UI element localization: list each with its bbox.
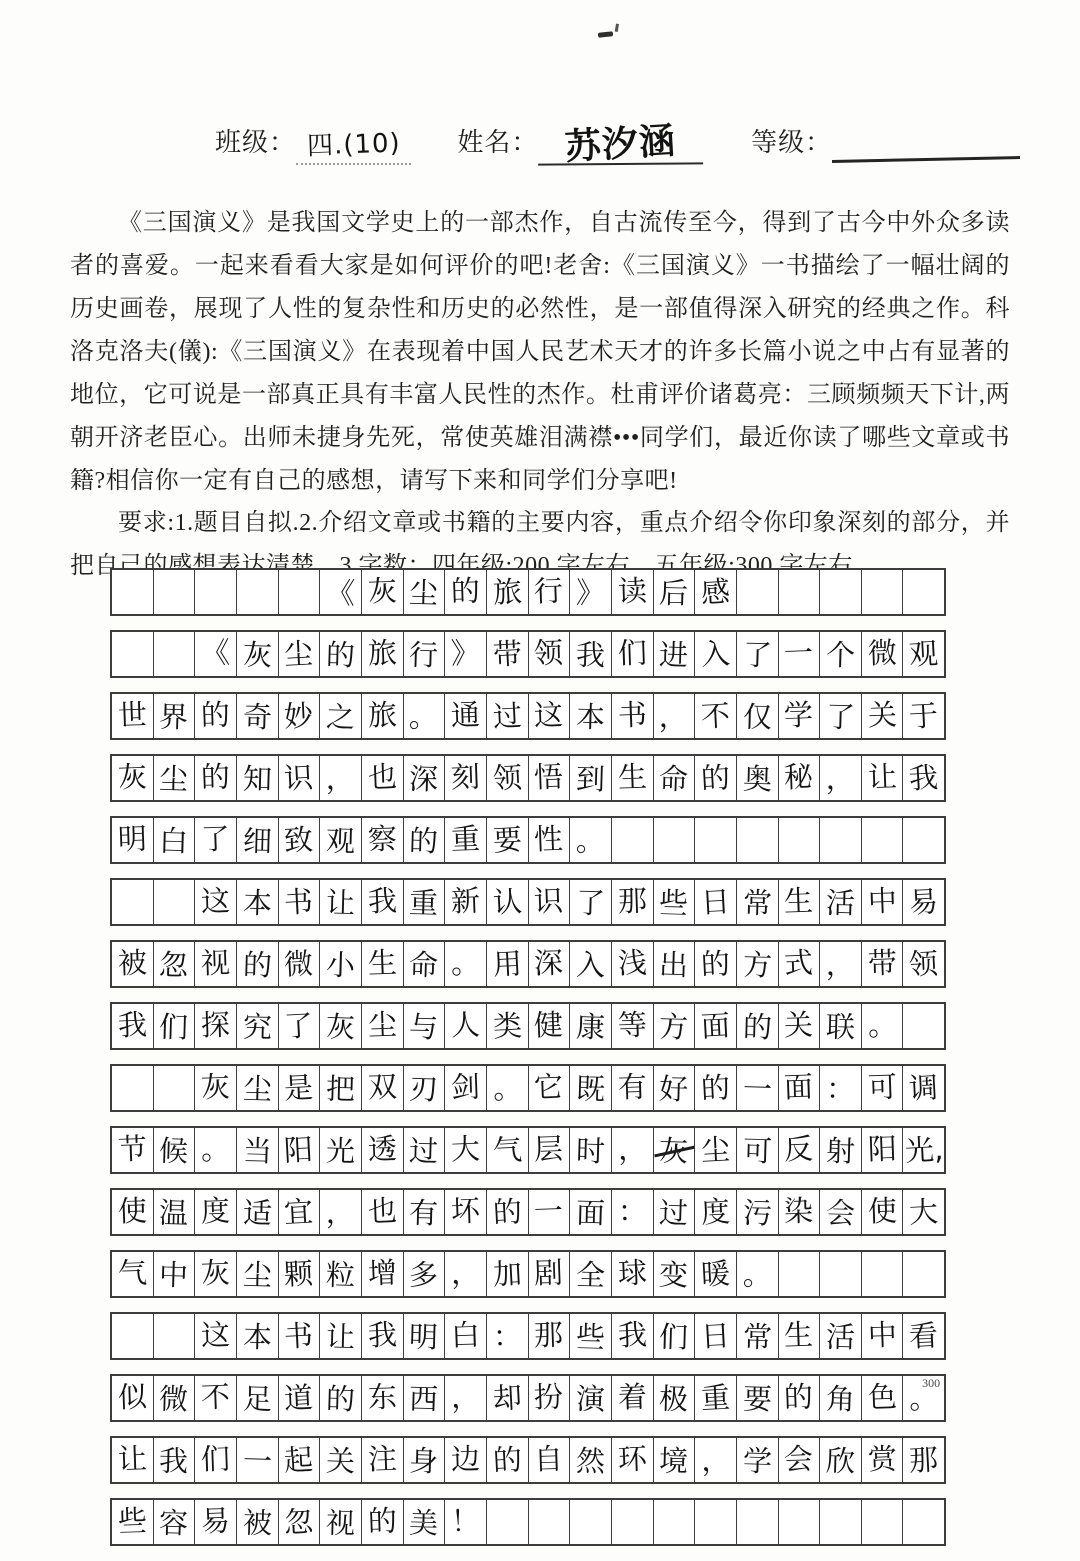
- handwritten-char: 妙: [284, 701, 314, 731]
- grid-cell: [902, 570, 944, 614]
- grid-cell: 面: [694, 1004, 736, 1048]
- grid-cell: 式: [778, 942, 820, 986]
- grid-cell: 剧: [528, 1252, 570, 1296]
- handwritten-char: 探: [201, 1010, 231, 1040]
- handwritten-char: 细: [242, 826, 272, 856]
- grid-cell: ，: [444, 1252, 486, 1296]
- grid-cell: 尘: [236, 1252, 278, 1296]
- handwritten-char: 了: [742, 640, 772, 670]
- handwritten-char: 使: [867, 1196, 897, 1226]
- handwritten-char: 白: [159, 826, 189, 856]
- grid-cell: 被: [112, 942, 153, 986]
- handwritten-char: 中: [867, 886, 897, 916]
- grid-cell: 当: [236, 1128, 278, 1172]
- grid-cell: 我: [361, 1314, 403, 1358]
- grid-cell: 探: [194, 1004, 236, 1048]
- grid-cell: 生: [361, 942, 403, 986]
- handwritten-char: 等: [617, 1010, 647, 1040]
- grid-cell: [153, 1314, 195, 1358]
- handwritten-char: 让: [867, 762, 897, 792]
- grid-cell: [569, 1500, 611, 1544]
- grid-cell: 面: [778, 1066, 820, 1110]
- handwritten-char: 全: [576, 1260, 606, 1290]
- grid-cell: 入: [694, 632, 736, 676]
- handwritten-char: 小: [326, 950, 356, 980]
- handwritten-char: 不: [201, 1382, 231, 1412]
- grid-cell: 环: [611, 1438, 653, 1482]
- handwritten-char: 仅: [742, 702, 772, 732]
- handwritten-char: 颗: [284, 1259, 314, 1289]
- essay-grid-row: 灰尘是把双刃剑。它既有好的一面：可调: [110, 1064, 946, 1112]
- grid-cell: 西: [403, 1376, 445, 1420]
- grid-cell: 认: [486, 880, 528, 924]
- grid-cell: [153, 570, 195, 614]
- grid-cell: 全: [569, 1252, 611, 1296]
- grid-cell: 秘: [778, 756, 820, 800]
- grid-cell: 欣: [819, 1438, 861, 1482]
- grid-cell: 浅: [611, 942, 653, 986]
- grid-cell: 让: [112, 1438, 153, 1482]
- handwritten-char: 的: [326, 1384, 356, 1414]
- handwritten-char: 带: [867, 948, 897, 978]
- handwritten-char: ：: [826, 1074, 856, 1104]
- grid-cell: 领: [902, 942, 944, 986]
- grid-cell: 知: [236, 756, 278, 800]
- grid-cell: 自: [528, 1438, 570, 1482]
- handwritten-char: 阳: [867, 1134, 897, 1164]
- handwritten-char: 健: [534, 1010, 564, 1040]
- grid-cell: 了: [194, 818, 236, 862]
- handwritten-char: 尘: [242, 1260, 272, 1290]
- grid-cell: 灰: [653, 1128, 695, 1172]
- handwritten-char: 明: [117, 824, 147, 854]
- handwritten-char: 刻: [451, 762, 481, 792]
- handwritten-char: 领: [909, 949, 939, 979]
- grid-cell: [153, 1066, 195, 1110]
- handwritten-class-value: 四.(10): [306, 122, 401, 164]
- grid-cell: 忽: [278, 1500, 320, 1544]
- grid-cell: 联: [819, 1004, 861, 1048]
- grid-cell: 关: [778, 1004, 820, 1048]
- handwritten-char: 被: [242, 1508, 272, 1538]
- handwritten-char: 光,: [904, 1135, 944, 1166]
- grid-cell: 层: [528, 1128, 570, 1172]
- grid-cell: 》: [444, 632, 486, 676]
- grid-cell: 温: [153, 1190, 195, 1234]
- grid-cell: ，: [694, 1438, 736, 1482]
- grid-cell: 注: [361, 1438, 403, 1482]
- handwritten-char: 一: [784, 638, 814, 668]
- handwritten-char: 加: [492, 1259, 522, 1289]
- handwritten-char: 学: [784, 700, 814, 730]
- grid-cell: 的: [319, 632, 361, 676]
- handwritten-char: 粒: [326, 1260, 356, 1290]
- handwritten-char: 色: [867, 1382, 897, 1412]
- grid-cell: 究: [236, 1004, 278, 1048]
- handwritten-char: 些: [576, 1322, 606, 1352]
- grid-cell: 被: [236, 1500, 278, 1544]
- grid-cell: 度: [694, 1190, 736, 1234]
- handwritten-char: ，: [326, 1198, 356, 1228]
- handwritten-char: 生: [617, 762, 647, 792]
- handwritten-char: 》: [451, 638, 481, 668]
- grid-cell: [819, 1500, 861, 1544]
- handwritten-char: 性: [534, 824, 564, 854]
- handwritten-char: 好: [659, 1074, 689, 1104]
- grid-cell: 观: [319, 818, 361, 862]
- essay-grid-row: 被忽视的微小生命。用深入浅出的方式，带领: [110, 940, 946, 988]
- essay-grid-row: 《灰尘的旅行》带领我们进入了一个微观: [110, 630, 946, 678]
- handwritten-char: 的: [367, 1506, 397, 1536]
- handwritten-char: 剑: [451, 1072, 481, 1102]
- grid-cell: 等: [611, 1004, 653, 1048]
- essay-grid-row: 这本书让我明白：那些我们日常生活中看: [110, 1312, 946, 1360]
- handwritten-char: 观: [909, 639, 939, 669]
- grid-cell: [736, 570, 778, 614]
- handwritten-char: 们: [201, 1444, 231, 1474]
- grid-cell: 一: [778, 632, 820, 676]
- grid-cell: [902, 1252, 944, 1296]
- grid-cell: 活: [819, 880, 861, 924]
- handwritten-char: 关: [326, 1446, 356, 1476]
- handwritten-char: 环: [617, 1444, 647, 1474]
- handwritten-char: 深: [534, 948, 564, 978]
- grid-cell: 刻: [444, 756, 486, 800]
- grid-cell: 旅: [361, 694, 403, 738]
- grid-cell: 细: [236, 818, 278, 862]
- grid-cell: 书: [278, 880, 320, 924]
- handwritten-char: 重: [451, 824, 481, 854]
- grid-cell: [778, 1500, 820, 1544]
- grid-cell: 通: [444, 694, 486, 738]
- handwritten-char: 。: [492, 1073, 522, 1103]
- grid-cell: [528, 1500, 570, 1544]
- handwritten-char: 。: [576, 826, 606, 856]
- grid-cell: 大: [444, 1128, 486, 1172]
- handwritten-char: 微: [867, 638, 897, 668]
- handwritten-char: 识: [284, 763, 314, 793]
- grid-cell: 一: [736, 1066, 778, 1110]
- handwritten-char: ，: [826, 950, 856, 980]
- grid-cell: 坏: [444, 1190, 486, 1234]
- grid-cell: 一: [528, 1190, 570, 1234]
- grid-cell: 灰: [194, 1252, 236, 1296]
- grid-cell: 颗: [278, 1252, 320, 1296]
- handwritten-char: 究: [242, 1012, 272, 1042]
- handwritten-char: 这: [201, 886, 231, 916]
- grid-cell: 本: [236, 1314, 278, 1358]
- grid-cell: 方: [653, 1004, 695, 1048]
- grid-cell: 演: [569, 1376, 611, 1420]
- handwritten-char: 境: [659, 1446, 689, 1476]
- handwritten-char: 《: [201, 638, 231, 668]
- handwritten-char: 明: [409, 1322, 439, 1352]
- handwritten-char: 边: [451, 1444, 481, 1474]
- handwritten-char: 东: [367, 1382, 397, 1412]
- handwritten-char: 候: [159, 1136, 189, 1166]
- handwritten-char: 于: [909, 701, 939, 731]
- grid-cell: [861, 1500, 903, 1544]
- grid-cell: 阳: [278, 1128, 320, 1172]
- handwritten-char: 命: [659, 764, 689, 794]
- grid-cell: 我: [902, 756, 944, 800]
- handwritten-char: 刃: [409, 1074, 439, 1104]
- grid-cell: 白: [153, 818, 195, 862]
- handwritten-char: 到: [576, 764, 606, 794]
- handwritten-char: 些: [659, 888, 689, 918]
- grid-cell: 尘: [278, 632, 320, 676]
- handwritten-char: 的: [492, 1197, 522, 1227]
- grid-cell: 之: [319, 694, 361, 738]
- grid-cell: 旅: [486, 570, 528, 614]
- grid-cell: 类: [486, 1004, 528, 1048]
- grid-cell: 本: [236, 880, 278, 924]
- handwritten-char: 秘: [784, 762, 814, 792]
- handwritten-char: 们: [159, 1012, 189, 1042]
- handwritten-char: 尘: [409, 578, 439, 608]
- grid-cell: 射: [819, 1128, 861, 1172]
- grid-cell: [902, 1004, 944, 1048]
- handwritten-char: 了: [284, 1011, 314, 1041]
- grid-cell: 候: [153, 1128, 195, 1172]
- grid-cell: 的: [194, 694, 236, 738]
- grid-cell: 既: [569, 1066, 611, 1110]
- handwritten-char: 命: [409, 950, 439, 980]
- handwritten-char: 也: [367, 1196, 397, 1226]
- grid-cell: 让: [861, 756, 903, 800]
- handwritten-char: 剧: [534, 1258, 564, 1288]
- grid-cell: 奇: [236, 694, 278, 738]
- grid-cell: 让: [319, 1314, 361, 1358]
- handwritten-char: 日: [700, 887, 730, 917]
- handwritten-char: 也: [367, 762, 397, 792]
- grid-cell: 微: [861, 632, 903, 676]
- handwritten-char: 气: [117, 1258, 147, 1288]
- handwritten-char: 式: [784, 948, 814, 978]
- handwritten-char: 生: [784, 886, 814, 916]
- grid-cell: 时: [569, 1128, 611, 1172]
- handwritten-char: 注: [367, 1444, 397, 1474]
- grid-cell: 世: [112, 694, 153, 738]
- handwritten-char: 中: [867, 1320, 897, 1350]
- grid-cell: [736, 1500, 778, 1544]
- grid-cell: 中: [861, 1314, 903, 1358]
- handwritten-char: 知: [242, 764, 272, 794]
- handwritten-char: 出: [659, 950, 689, 980]
- handwritten-char: 方: [659, 1012, 689, 1042]
- handwritten-char: 看: [909, 1321, 939, 1351]
- grid-cell: [778, 1252, 820, 1296]
- handwritten-char: 我: [367, 886, 397, 916]
- grid-cell: 》: [569, 570, 611, 614]
- grid-cell: 些: [653, 880, 695, 924]
- grid-cell: 那: [528, 1314, 570, 1358]
- handwritten-char: 尘: [284, 639, 314, 669]
- grid-cell: 关: [319, 1438, 361, 1482]
- handwritten-char: 灰: [367, 576, 397, 606]
- grid-cell: [653, 818, 695, 862]
- grid-cell: 似: [112, 1376, 153, 1420]
- grid-cell: 尘: [361, 1004, 403, 1048]
- grid-cell: 剑: [444, 1066, 486, 1110]
- handwritten-char: 着: [617, 1382, 647, 1412]
- grid-cell: 领: [486, 756, 528, 800]
- essay-grid-row: 节候。当阳光透过大气层时，灰尘可反射阳光,: [110, 1126, 946, 1174]
- essay-grid-row: 《灰尘的旅行》读后感: [110, 568, 946, 616]
- grid-cell: 。: [486, 1066, 528, 1110]
- handwritten-char: 识: [534, 886, 564, 916]
- handwritten-char: 双: [367, 1072, 397, 1102]
- grid-cell: 适: [236, 1190, 278, 1234]
- grid-cell: 的: [694, 756, 736, 800]
- handwritten-char: 让: [326, 1322, 356, 1352]
- handwritten-char: 既: [576, 1074, 606, 1104]
- grid-cell: 色: [861, 1376, 903, 1420]
- handwritten-char: 读: [617, 576, 647, 606]
- grid-cell: 领: [528, 632, 570, 676]
- grid-cell: 们: [653, 1314, 695, 1358]
- grid-cell: 日: [694, 1314, 736, 1358]
- handwritten-char: 们: [617, 638, 647, 668]
- handwritten-char: 增: [367, 1258, 397, 1288]
- handwritten-char: 本: [576, 702, 606, 732]
- essay-grid-row: 灰尘的知识，也深刻领悟到生命的奥秘，让我: [110, 754, 946, 802]
- handwritten-char: 个: [826, 640, 856, 670]
- handwritten-char: 重: [700, 1383, 730, 1413]
- handwritten-char: 层: [534, 1134, 564, 1164]
- handwritten-char: 联: [826, 1012, 856, 1042]
- handwritten-char: 使: [117, 1196, 147, 1226]
- grid-cell: 调: [902, 1066, 944, 1110]
- grid-cell: 尘: [236, 1066, 278, 1110]
- handwritten-char: 学: [742, 1446, 772, 1476]
- handwritten-char: 微: [159, 1384, 189, 1414]
- handwritten-char: 深: [409, 764, 439, 794]
- handwritten-char: 常: [742, 888, 772, 918]
- handwritten-char: 有: [617, 1072, 647, 1102]
- handwritten-char: 的: [451, 576, 481, 606]
- handwritten-char: 我: [576, 640, 606, 670]
- grid-cell: 增: [361, 1252, 403, 1296]
- handwritten-char: 悟: [534, 762, 564, 792]
- intro-paragraph: 《三国演义》是我国文学史上的一部杰作，自古流传至今，得到了古今中外众多读者的喜爱…: [70, 202, 1010, 503]
- handwritten-char: 时: [576, 1136, 606, 1166]
- handwritten-char: 它: [534, 1072, 564, 1102]
- grid-cell: 看: [902, 1314, 944, 1358]
- handwritten-char: 活: [826, 1322, 856, 1352]
- handwritten-char: 透: [367, 1134, 397, 1164]
- grid-cell: 会: [819, 1190, 861, 1234]
- grid-cell: 出: [653, 942, 695, 986]
- handwritten-char: 让: [326, 888, 356, 918]
- handwritten-char: 旅: [367, 700, 397, 730]
- grid-cell: 的: [319, 1376, 361, 1420]
- handwritten-char: 这: [534, 700, 564, 730]
- grid-cell: 明: [403, 1314, 445, 1358]
- handwritten-char: 用: [492, 949, 522, 979]
- handwritten-char: 灰: [201, 1072, 231, 1102]
- grid-cell: 也: [361, 1190, 403, 1234]
- handwritten-char: 界: [159, 702, 189, 732]
- handwritten-char: 书: [284, 1321, 314, 1351]
- grid-cell: 中: [153, 1252, 195, 1296]
- grid-cell: 悟: [528, 756, 570, 800]
- grid-cell: 美: [403, 1500, 445, 1544]
- handwritten-char: 灰: [659, 1136, 689, 1166]
- word-count-marker: 300: [922, 1377, 940, 1389]
- grid-cell: [278, 570, 320, 614]
- essay-grid-row: 明白了细致观察的重要性。: [110, 816, 946, 864]
- grid-cell: 尘: [694, 1128, 736, 1172]
- handwritten-char: 那: [909, 1445, 939, 1475]
- grid-cell: 读: [611, 570, 653, 614]
- grid-cell: 一: [236, 1438, 278, 1482]
- grade-label: 等级：: [751, 122, 832, 165]
- grid-cell: 过: [403, 1128, 445, 1172]
- grid-cell: 这: [528, 694, 570, 738]
- handwritten-char: 通: [451, 700, 481, 730]
- handwritten-char: 多: [409, 1260, 439, 1290]
- handwritten-char: 度: [201, 1196, 231, 1226]
- handwritten-char: 西: [409, 1384, 439, 1414]
- handwritten-char: 这: [201, 1320, 231, 1350]
- grid-cell: 易: [194, 1500, 236, 1544]
- grid-cell: [153, 632, 195, 676]
- handwritten-char: 那: [534, 1320, 564, 1350]
- handwritten-char: 灰: [326, 1012, 356, 1042]
- grid-cell: 好: [653, 1066, 695, 1110]
- grid-cell: ，: [819, 756, 861, 800]
- grid-cell: 界: [153, 694, 195, 738]
- grid-cell: 东: [361, 1376, 403, 1420]
- handwritten-name-value: 苏汐涵: [564, 125, 677, 166]
- essay-grid-row: 我们探究了灰尘与人类健康等方面的关联。: [110, 1002, 946, 1050]
- grid-cell: 容: [153, 1500, 195, 1544]
- grid-cell: [112, 1314, 153, 1358]
- grid-cell: 。: [194, 1128, 236, 1172]
- handwritten-char: 本: [242, 888, 272, 918]
- handwritten-char: 了: [826, 702, 856, 732]
- grid-cell: 的: [778, 1376, 820, 1420]
- grid-cell: 识: [278, 756, 320, 800]
- grid-cell: 扮: [528, 1376, 570, 1420]
- grid-cell: 关: [861, 694, 903, 738]
- grid-cell: 仅: [736, 694, 778, 738]
- grid-cell: 入: [569, 942, 611, 986]
- grid-cell: 不: [694, 694, 736, 738]
- grid-cell: ，: [611, 1128, 653, 1172]
- grid-cell: 宜: [278, 1190, 320, 1234]
- grid-cell: 染: [778, 1190, 820, 1234]
- grid-cell: 的: [486, 1190, 528, 1234]
- handwritten-char: 我: [117, 1010, 147, 1040]
- handwritten-char: 的: [700, 1073, 730, 1103]
- grid-cell: [694, 818, 736, 862]
- handwritten-char: 带: [492, 639, 522, 669]
- grid-cell: 这: [194, 880, 236, 924]
- grid-cell: 起: [278, 1438, 320, 1482]
- handwritten-char: 我: [159, 1446, 189, 1476]
- grid-cell: 我: [112, 1004, 153, 1048]
- grid-cell: 行: [403, 632, 445, 676]
- handwritten-char: 人: [451, 1010, 481, 1040]
- handwritten-char: 一: [742, 1074, 772, 1104]
- handwritten-char: 温: [159, 1198, 189, 1228]
- handwritten-char: 类: [492, 1011, 522, 1041]
- class-value-slot: 四.(10): [296, 124, 411, 165]
- handwritten-char: ，: [326, 764, 356, 794]
- handwritten-char: 有: [409, 1198, 439, 1228]
